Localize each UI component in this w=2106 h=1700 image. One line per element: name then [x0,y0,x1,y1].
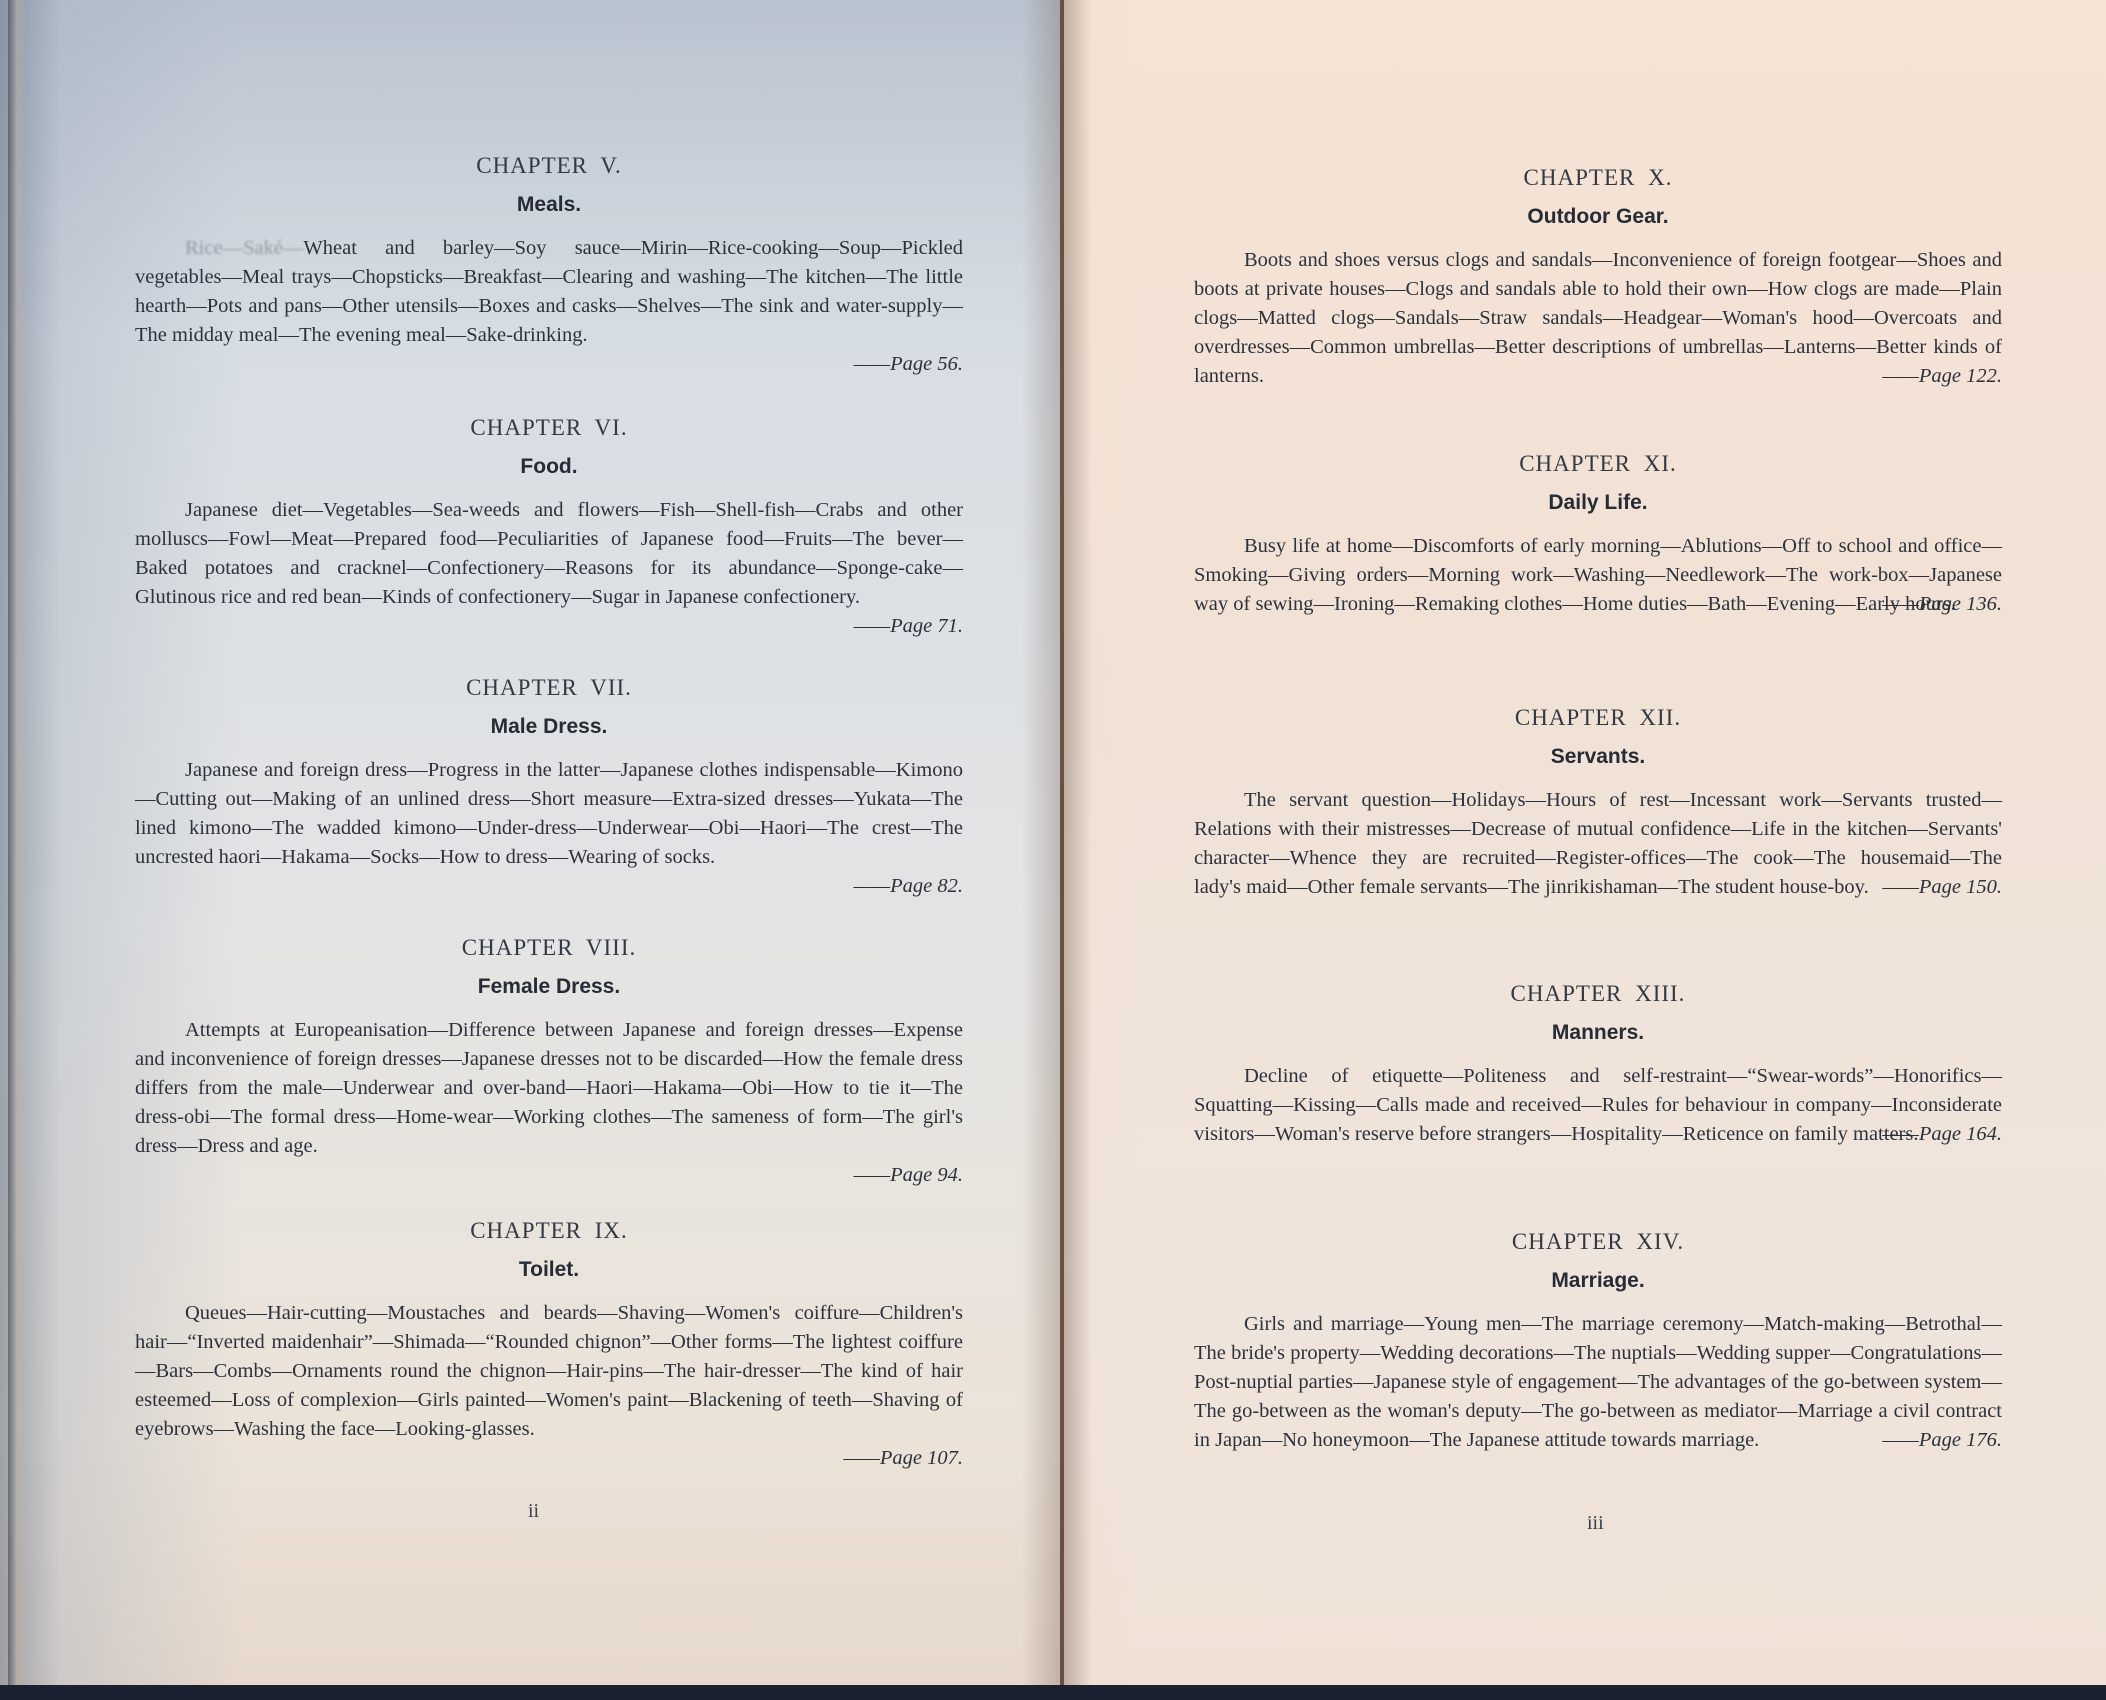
chapter-number: CHAPTER VII. [135,672,963,704]
chapter-title: Manners. [1194,1020,2002,1046]
chapter-summary: Attempts at Europeanisation—Difference b… [135,1016,963,1161]
page-reference: ——Page 94. [135,1161,963,1190]
chapter-summary: Rice—Saké—Wheat and barley—Soy sauce—Mir… [135,234,963,350]
chapter-summary: Queues—Hair-cutting—Moustaches and beard… [135,1299,963,1444]
chapter-title: Food. [135,454,963,480]
page-reference: ——Page 82. [135,872,963,901]
chapter-title: Daily Life. [1194,490,2002,516]
chapter-title: Outdoor Gear. [1194,204,2002,230]
page-reference: ——Page 107. [135,1444,963,1473]
chapter-title: Male Dress. [135,714,963,740]
chapter-title: Servants. [1194,744,2002,770]
book-gutter [1060,0,1064,1685]
background-strip [0,1685,2106,1700]
chapter-summary: Busy life at home—Discomforts of early m… [1194,532,2002,619]
chapter-summary: Japanese and foreign dress—Progress in t… [135,756,963,872]
page-number: ii [528,1500,539,1523]
chapter-number: CHAPTER VIII. [135,932,963,964]
chapter-number: CHAPTER XII. [1194,702,2002,734]
chapter-title: Meals. [135,192,963,218]
right-page: CHAPTER X. Outdoor Gear. Boots and shoes… [1062,0,2106,1685]
chapter-number: CHAPTER XI. [1194,448,2002,480]
chapter-title: Toilet. [135,1257,963,1283]
left-page: CHAPTER V. Meals. Rice—Saké—Wheat and ba… [0,0,1062,1685]
chapter-xii: CHAPTER XII. Servants. The servant quest… [1194,702,2002,902]
chapter-number: CHAPTER V. [135,150,963,182]
chapter-x: CHAPTER X. Outdoor Gear. Boots and shoes… [1194,162,2002,391]
page-reference: ——Page 122. [1194,362,2002,391]
chapter-title: Female Dress. [135,974,963,1000]
chapter-number: CHAPTER XIV. [1194,1226,2002,1258]
chapter-number: CHAPTER X. [1194,162,2002,194]
faded-text: Rice—Saké— [185,237,303,259]
chapter-number: CHAPTER IX. [135,1215,963,1247]
page-reference: ——Page 71. [135,612,963,641]
page-reference: ——Page 56. [135,350,963,379]
chapter-xiii: CHAPTER XIII. Manners. Decline of etique… [1194,978,2002,1149]
chapter-summary: Decline of etiquette—Politeness and self… [1194,1062,2002,1149]
chapter-xiv: CHAPTER XIV. Marriage. Girls and marriag… [1194,1226,2002,1455]
chapter-viii: CHAPTER VIII. Female Dress. Attempts at … [135,932,963,1190]
page-number: iii [1587,1512,1604,1535]
chapter-vii: CHAPTER VII. Male Dress. Japanese and fo… [135,672,963,901]
chapter-number: CHAPTER VI. [135,412,963,444]
chapter-number: CHAPTER XIII. [1194,978,2002,1010]
chapter-title: Marriage. [1194,1268,2002,1294]
chapter-xi: CHAPTER XI. Daily Life. Busy life at hom… [1194,448,2002,619]
book-spread: CHAPTER V. Meals. Rice—Saké—Wheat and ba… [0,0,2106,1685]
chapter-ix: CHAPTER IX. Toilet. Queues—Hair-cutting—… [135,1215,963,1473]
chapter-summary: Japanese diet—Vegetables—Sea-weeds and f… [135,496,963,612]
chapter-v: CHAPTER V. Meals. Rice—Saké—Wheat and ba… [135,150,963,379]
chapter-vi: CHAPTER VI. Food. Japanese diet—Vegetabl… [135,412,963,641]
